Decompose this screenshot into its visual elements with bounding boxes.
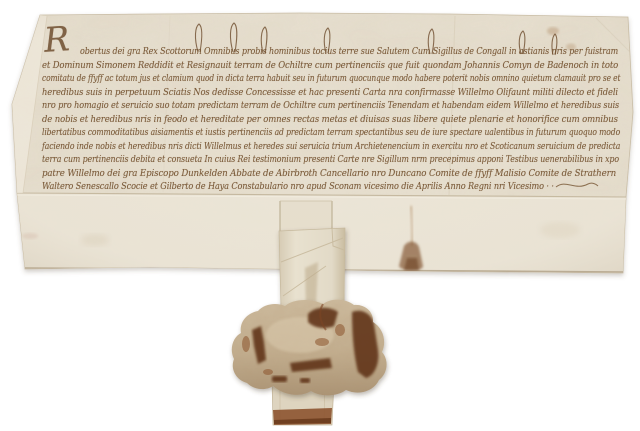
manuscript-line: faciendo inde nobis et heredibus nris di… bbox=[42, 141, 620, 153]
manuscript-line: heredibus suis in perpetuum Sciatis Nos … bbox=[42, 87, 618, 99]
manuscript-text: R obertus dei gra Rex Scottorum Omnibus … bbox=[0, 0, 640, 431]
manuscript-line: Waltero Senescallo Scocie et Gilberto de… bbox=[42, 181, 554, 193]
manuscript-initial-letter: R bbox=[43, 21, 71, 59]
manuscript-line: patre Willelmo dei gra Episcopo Dunkelde… bbox=[42, 168, 616, 180]
manuscript-line: libertatibus commoditatibus aisiamentis … bbox=[42, 127, 620, 139]
manuscript-line: nro pro homagio et seruicio suo totam pr… bbox=[42, 100, 619, 112]
charter-photograph: R obertus dei gra Rex Scottorum Omnibus … bbox=[0, 0, 640, 431]
manuscript-line: de nobis et heredibus nris in feodo et h… bbox=[42, 114, 618, 126]
manuscript-line: et Dominum Simonem Reddidit et Resignaui… bbox=[42, 60, 618, 72]
manuscript-line: comitatu de ffyff ac totum jus et clamiu… bbox=[42, 73, 620, 85]
manuscript-line: terra cum pertinenciis debita et consuet… bbox=[42, 154, 619, 166]
manuscript-line: obertus dei gra Rex Scottorum Omnibus pr… bbox=[80, 46, 618, 58]
